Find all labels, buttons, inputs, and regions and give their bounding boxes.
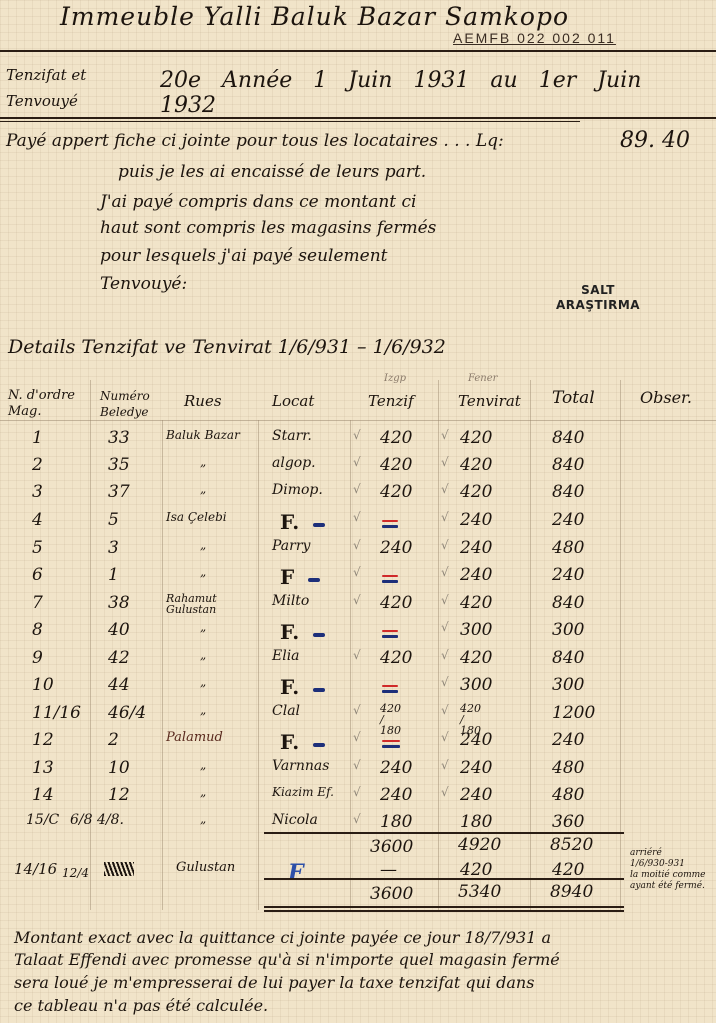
cell-rue: Palamud xyxy=(166,730,223,745)
red-blue-nil-mark xyxy=(382,630,398,641)
grand-total-tenvir: 5340 xyxy=(458,882,501,902)
archive-stamp: SALT ARAŞTIRMA xyxy=(556,283,640,313)
cell-locat: Starr. xyxy=(272,428,312,444)
cell-num: 12 xyxy=(108,785,130,805)
cell-locat: Kiazim Ef. xyxy=(272,785,334,799)
cell-tenvir: 420 xyxy=(460,428,492,448)
check-icon: √ xyxy=(441,730,449,744)
cell-locat: F xyxy=(280,565,294,589)
table-row-extra: 14/16 12/4 Gulustan F — 420 420 xyxy=(0,860,716,892)
check-icon: √ xyxy=(441,593,449,607)
cell-locat: F. xyxy=(280,675,299,699)
divider xyxy=(0,117,716,119)
header-total: Total xyxy=(552,390,595,406)
header-tenvir: Tenvirat xyxy=(458,393,521,409)
left-label: Tenzifat et Tenvouyé xyxy=(6,62,86,114)
check-icon: √ xyxy=(441,675,449,689)
cell-tenvir: 180 xyxy=(460,812,492,832)
cell-no: 5 xyxy=(32,538,43,558)
cell-tenvir: 420 xyxy=(460,455,492,475)
check-icon: √ xyxy=(353,510,361,524)
stamp-line: ARAŞTIRMA xyxy=(556,298,640,313)
header-text: N. d'ordre xyxy=(8,388,75,404)
cell-rue: „ xyxy=(200,675,206,689)
cell-no: 2 xyxy=(32,455,43,475)
cell-num: 44 xyxy=(108,675,130,695)
double-rule xyxy=(264,906,624,908)
red-blue-nil-mark xyxy=(382,740,400,751)
cell-tenvir: 240 xyxy=(460,730,492,750)
cell-locat: Milto xyxy=(272,593,309,609)
cell-locat: Clal xyxy=(272,703,300,719)
cell-total: 840 xyxy=(552,482,584,502)
check-icon: √ xyxy=(353,648,361,662)
cell-total: 300 xyxy=(552,620,584,640)
cell-total: 1200 xyxy=(552,703,595,723)
check-icon: √ xyxy=(441,510,449,524)
cell-tenvir: 240 xyxy=(460,758,492,778)
cell-no: 7 xyxy=(32,593,43,613)
table-row: 15/C 6/8 4/8. „ Nicola √ 180 180 360 xyxy=(0,812,716,844)
cell-no: 14/16 xyxy=(14,860,57,878)
cell-tenvir: 420 xyxy=(460,648,492,668)
header-tenzif-annotation: Izgp xyxy=(384,373,406,384)
cell-tenzif: 420 xyxy=(380,593,412,613)
subtotal-rule xyxy=(264,832,624,834)
header-no: N. d'ordre Mag. xyxy=(8,388,75,420)
cell-total: 840 xyxy=(552,428,584,448)
check-icon: √ xyxy=(353,565,361,579)
cell-total: 240 xyxy=(552,565,584,585)
cell-tenvir: 420 xyxy=(460,593,492,613)
cell-locat: Nicola xyxy=(272,812,318,828)
intro-line: J'ai payé compris dans ce montant ci xyxy=(100,192,417,212)
header-tenzif: Tenzif xyxy=(368,393,414,409)
cell-num: 46/4 xyxy=(108,703,146,723)
red-blue-nil-mark xyxy=(382,520,398,531)
header-rule xyxy=(0,420,716,421)
cell-num: 40 xyxy=(108,620,130,640)
cell-locat: F. xyxy=(280,620,299,644)
cell-total: 360 xyxy=(552,812,584,832)
check-icon: √ xyxy=(441,428,449,442)
double-rule xyxy=(264,910,624,912)
cell-locat: F. xyxy=(280,730,299,754)
cell-locat: F. xyxy=(280,510,299,534)
check-icon: √ xyxy=(353,730,361,744)
cell-rue: Rahamut Gulustan xyxy=(166,593,246,615)
cell-locat: Dimop. xyxy=(272,482,323,498)
cell-tenvir: 300 xyxy=(460,620,492,640)
red-blue-nil-mark xyxy=(382,575,398,586)
cell-num: 35 xyxy=(108,455,130,475)
cell-num: 38 xyxy=(108,593,130,613)
note-line: 1/6/930-931 xyxy=(630,859,705,870)
cell-total: 240 xyxy=(552,730,584,750)
check-icon: √ xyxy=(353,812,361,826)
cell-tenvir: 300 xyxy=(460,675,492,695)
header-locat: Locat xyxy=(272,393,314,409)
cell-locat: Varnnas xyxy=(272,758,329,774)
cell-num: 42 xyxy=(108,648,130,668)
intro-line: haut sont compris les magasins fermés xyxy=(100,218,436,238)
check-icon: √ xyxy=(441,538,449,552)
check-icon: √ xyxy=(353,785,361,799)
intro-line: Tenvouyé: xyxy=(100,274,187,294)
stamp-line: SALT xyxy=(556,283,640,298)
check-icon: √ xyxy=(441,565,449,579)
left-label-line: Tenvouyé xyxy=(6,88,86,114)
cell-tenvir: 240 xyxy=(460,785,492,805)
check-icon: √ xyxy=(441,482,449,496)
closing-line: ce tableau n'a pas été calculée. xyxy=(14,996,268,1015)
cell-tenvir: 240 xyxy=(460,510,492,530)
cell-total: 480 xyxy=(552,758,584,778)
closing-line: Talaat Effendi avec promesse qu'à si n'i… xyxy=(14,950,560,969)
cell-num: 33 xyxy=(108,428,130,448)
cell-no: 10 xyxy=(32,675,54,695)
cell-no: 6 xyxy=(32,565,43,585)
period: 20e Année 1 Juin 1931 au 1er Juin 1932 xyxy=(160,68,716,118)
note-line: arriéré xyxy=(630,848,705,859)
cell-tenvir: 240 xyxy=(460,565,492,585)
cell-total: 840 xyxy=(552,593,584,613)
check-icon: √ xyxy=(441,703,449,717)
closing-line: sera loué je m'empresserai de lui payer … xyxy=(14,973,534,992)
cell-tenzif: 240 xyxy=(380,785,412,805)
cell-rue: „ xyxy=(200,620,206,634)
cell-no: 13 xyxy=(32,758,54,778)
intro-line: Payé appert fiche ci jointe pour tous le… xyxy=(6,131,504,151)
cell-rue: „ xyxy=(200,565,206,579)
cell-rue: „ xyxy=(200,703,206,717)
cell-no: 11/16 xyxy=(32,703,81,723)
divider xyxy=(0,50,716,52)
red-blue-nil-mark xyxy=(382,685,398,696)
cell-rue: „ xyxy=(200,758,206,772)
details-title: Details Tenzifat ve Tenvirat 1/6/931 – 1… xyxy=(8,336,446,358)
cell-rue: Isa Çelebi xyxy=(166,510,227,524)
cell-no: 15/C xyxy=(26,812,59,828)
cell-no: 9 xyxy=(32,648,43,668)
divider xyxy=(0,121,580,122)
cell-num: 10 xyxy=(108,758,130,778)
cell-no: 12 xyxy=(32,730,54,750)
total-rule xyxy=(264,878,624,880)
cell-rue: Gulustan xyxy=(176,860,235,875)
cell-locat: Elia xyxy=(272,648,300,664)
cell-no: 8 xyxy=(32,620,43,640)
cell-tenzif: 420 xyxy=(380,482,412,502)
cell-rue: „ xyxy=(200,482,206,496)
cell-tenvir: 420 xyxy=(460,482,492,502)
cell-total: 420 xyxy=(552,860,584,880)
cell-tenzif: 420 xyxy=(380,455,412,475)
subtotal-tenzif: 3600 xyxy=(370,837,413,857)
cell-total: 840 xyxy=(552,648,584,668)
header-numero: Numéro Beledye xyxy=(100,388,150,420)
blue-dash-mark xyxy=(313,633,325,637)
blue-dash-mark xyxy=(313,688,325,692)
subtotal-total: 8520 xyxy=(550,835,593,855)
header-text: Mag. xyxy=(8,404,75,420)
cell-no: 3 xyxy=(32,482,43,502)
cell-total: 240 xyxy=(552,510,584,530)
cell-num: 37 xyxy=(108,482,130,502)
cell-tenzif: 180 xyxy=(380,812,412,832)
blue-dash-mark xyxy=(313,523,325,527)
check-icon: √ xyxy=(353,455,361,469)
grand-total-total: 8940 xyxy=(550,882,593,902)
cell-total: 840 xyxy=(552,455,584,475)
cell-total: 480 xyxy=(552,785,584,805)
subtotal-tenvir: 4920 xyxy=(458,835,501,855)
cell-num: 12/4 xyxy=(62,866,89,880)
header-text: Beledye xyxy=(100,404,150,420)
intro-line: puis je les ai encaissé de leurs part. xyxy=(118,162,426,182)
cell-num: 6/8 4/8. xyxy=(70,812,124,828)
cell-rue: „ xyxy=(200,648,206,662)
cell-no: 14 xyxy=(32,785,54,805)
cell-locat: F xyxy=(288,860,304,886)
cell-no: 4 xyxy=(32,510,43,530)
cell-tenzif: — xyxy=(380,860,397,880)
check-icon: √ xyxy=(441,758,449,772)
cell-rue: „ xyxy=(200,812,206,826)
cell-locat: algop. xyxy=(272,455,316,471)
check-icon: √ xyxy=(353,703,361,717)
check-icon: √ xyxy=(441,455,449,469)
intro-amount: 89. 40 xyxy=(620,128,690,153)
cell-tenvir: 240 xyxy=(460,538,492,558)
check-icon: √ xyxy=(353,593,361,607)
cell-tenzif: 420 xyxy=(380,428,412,448)
cell-total: 300 xyxy=(552,675,584,695)
grand-total-tenzif: 3600 xyxy=(370,884,413,904)
cell-rue: Baluk Bazar xyxy=(166,428,240,442)
header-obser: Obser. xyxy=(640,390,692,406)
header-tenvir-annotation: Fener xyxy=(468,373,497,384)
cell-num: 5 xyxy=(108,510,119,530)
cell-no: 1 xyxy=(32,428,43,448)
blue-dash-mark xyxy=(308,578,320,582)
cell-rue: „ xyxy=(200,455,206,469)
cell-rue: „ xyxy=(200,538,206,552)
cell-total: 480 xyxy=(552,538,584,558)
intro-line: pour lesquels j'ai payé seulement xyxy=(100,246,387,266)
cell-rue: „ xyxy=(200,785,206,799)
archive-code: AEMFB 022 002 011 xyxy=(453,30,616,46)
cell-num: 2 xyxy=(108,730,119,750)
check-icon: √ xyxy=(353,758,361,772)
cell-tenvir: 420 xyxy=(460,860,492,880)
left-label-line: Tenzifat et xyxy=(6,62,86,88)
check-icon: √ xyxy=(441,785,449,799)
note-line: ayant été fermé. xyxy=(630,881,705,892)
check-icon: √ xyxy=(441,620,449,634)
closing-line: Montant exact avec la quittance ci joint… xyxy=(14,928,551,947)
cell-num: 3 xyxy=(108,538,119,558)
note-line: la moitié comme xyxy=(630,870,705,881)
check-icon: √ xyxy=(353,538,361,552)
cell-num: 1 xyxy=(108,565,119,585)
blue-dash-mark xyxy=(313,743,325,747)
header-rue: Rues xyxy=(184,393,222,409)
header-text: Numéro xyxy=(100,388,150,404)
cell-tenzif: 420 xyxy=(380,648,412,668)
check-icon: √ xyxy=(353,428,361,442)
cell-tenzif: 240 xyxy=(380,538,412,558)
cell-locat: Parry xyxy=(272,538,310,554)
check-icon: √ xyxy=(441,648,449,662)
scribble-mark xyxy=(104,862,134,876)
check-icon: √ xyxy=(353,482,361,496)
document-title: Immeuble Yalli Baluk Bazar Samkopo xyxy=(60,2,569,31)
observation-note: arriéré 1/6/930-931 la moitié comme ayan… xyxy=(630,848,705,892)
cell-tenzif: 240 xyxy=(380,758,412,778)
